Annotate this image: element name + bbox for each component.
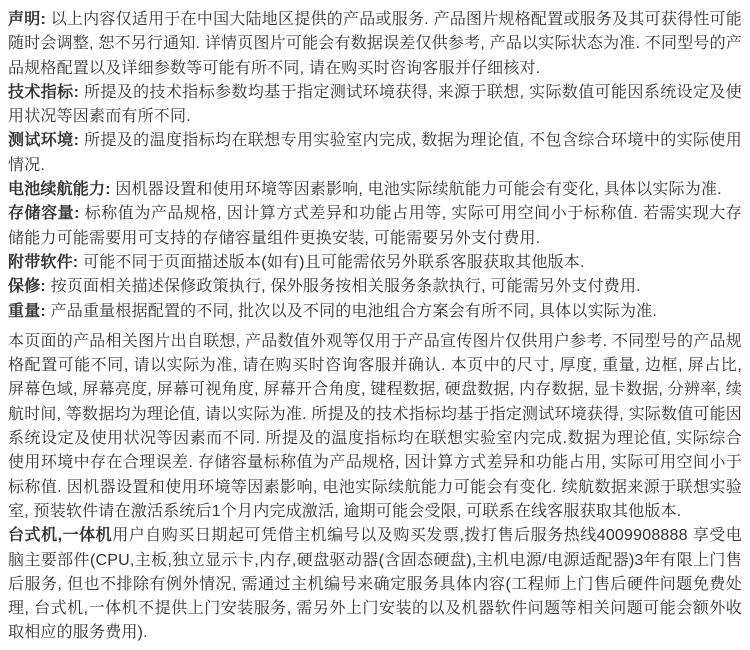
disclaimer-weight: 重量: 产品重量根据配置的不同, 批次以及不同的电池组合方案会有所不同, 具体以… bbox=[8, 300, 742, 324]
disclaimer-storage-capacity: 存储容量: 标称值为产品规格, 因计算方式差异和功能占用等, 实际可用空间小于标… bbox=[8, 202, 742, 251]
note-desktop-aio-service-label: 台式机,一体机 bbox=[8, 527, 112, 544]
note-general: 本页面的产品相关图片出自联想, 产品数值外观等仅用于产品宣传图片仅供用户参考. … bbox=[8, 330, 742, 524]
disclaimer-tech-specs-label: 技术指标: bbox=[8, 84, 79, 101]
disclaimer-test-environment-label: 测试环境: bbox=[8, 132, 79, 149]
disclaimer-warranty-text: 按页面相关描述保修政策执行, 保外服务按相关服务条款执行, 可能需另外支付费用. bbox=[46, 278, 641, 295]
disclaimer-statement-label: 声明: bbox=[8, 11, 46, 28]
note-desktop-aio-service-text: 用户自购买日期起可凭借主机编号以及购买发票,拨打售后服务热线4009908888… bbox=[8, 527, 742, 641]
disclaimer-test-environment-text: 所提及的温度指标均在联想专用实验室内完成, 数据为理论值, 不包含综合环境中的实… bbox=[8, 132, 742, 173]
disclaimer-bundled-software-label: 附带软件: bbox=[8, 254, 78, 271]
disclaimer-storage-capacity-text: 标称值为产品规格, 因计算方式差异和功能占用等, 实际可用空间小于标称值. 若需… bbox=[8, 205, 742, 246]
disclaimer-tech-specs-text: 所提及的技术指标参数均基于指定测试环境获得, 来源于联想, 实际数值可能因系统设… bbox=[8, 84, 742, 125]
disclaimer-statement-text: 以上内容仅适用于在中国大陆地区提供的产品或服务. 产品图片规格配置或服务及其可获… bbox=[8, 11, 742, 77]
disclaimer-statement: 声明: 以上内容仅适用于在中国大陆地区提供的产品或服务. 产品图片规格配置或服务… bbox=[8, 8, 742, 81]
note-general-text: 本页面的产品相关图片出自联想, 产品数值外观等仅用于产品宣传图片仅供用户参考. … bbox=[8, 333, 742, 520]
disclaimer-weight-label: 重量: bbox=[8, 303, 46, 320]
disclaimer-battery-life-label: 电池续航能力: bbox=[8, 181, 111, 198]
disclaimer-test-environment: 测试环境: 所提及的温度指标均在联想专用实验室内完成, 数据为理论值, 不包含综… bbox=[8, 129, 742, 178]
disclaimer-battery-life: 电池续航能力: 因机器设置和使用环境等因素影响, 电池实际续航能力可能会有变化,… bbox=[8, 178, 742, 202]
disclaimer-warranty: 保修: 按页面相关描述保修政策执行, 保外服务按相关服务条款执行, 可能需另外支… bbox=[8, 275, 742, 299]
disclaimer-warranty-label: 保修: bbox=[8, 278, 46, 295]
note-desktop-aio-service: 台式机,一体机用户自购买日期起可凭借主机编号以及购买发票,拨打售后服务热线400… bbox=[8, 524, 742, 645]
disclaimer-weight-text: 产品重量根据配置的不同, 批次以及不同的电池组合方案会有所不同, 具体以实际为准… bbox=[46, 303, 657, 320]
disclaimer-bundled-software-text: 可能不同于页面描述版本(如有)且可能需依另外联系客服获取其他版本. bbox=[78, 254, 584, 271]
disclaimer-bundled-software: 附带软件: 可能不同于页面描述版本(如有)且可能需依另外联系客服获取其他版本. bbox=[8, 251, 742, 275]
disclaimer-battery-life-text: 因机器设置和使用环境等因素影响, 电池实际续航能力可能会有变化, 具体以实际为准… bbox=[111, 181, 722, 198]
disclaimer-tech-specs: 技术指标: 所提及的技术指标参数均基于指定测试环境获得, 来源于联想, 实际数值… bbox=[8, 81, 742, 130]
disclaimer-document: 声明: 以上内容仅适用于在中国大陆地区提供的产品或服务. 产品图片规格配置或服务… bbox=[0, 0, 750, 646]
disclaimer-storage-capacity-label: 存储容量: bbox=[8, 205, 80, 222]
